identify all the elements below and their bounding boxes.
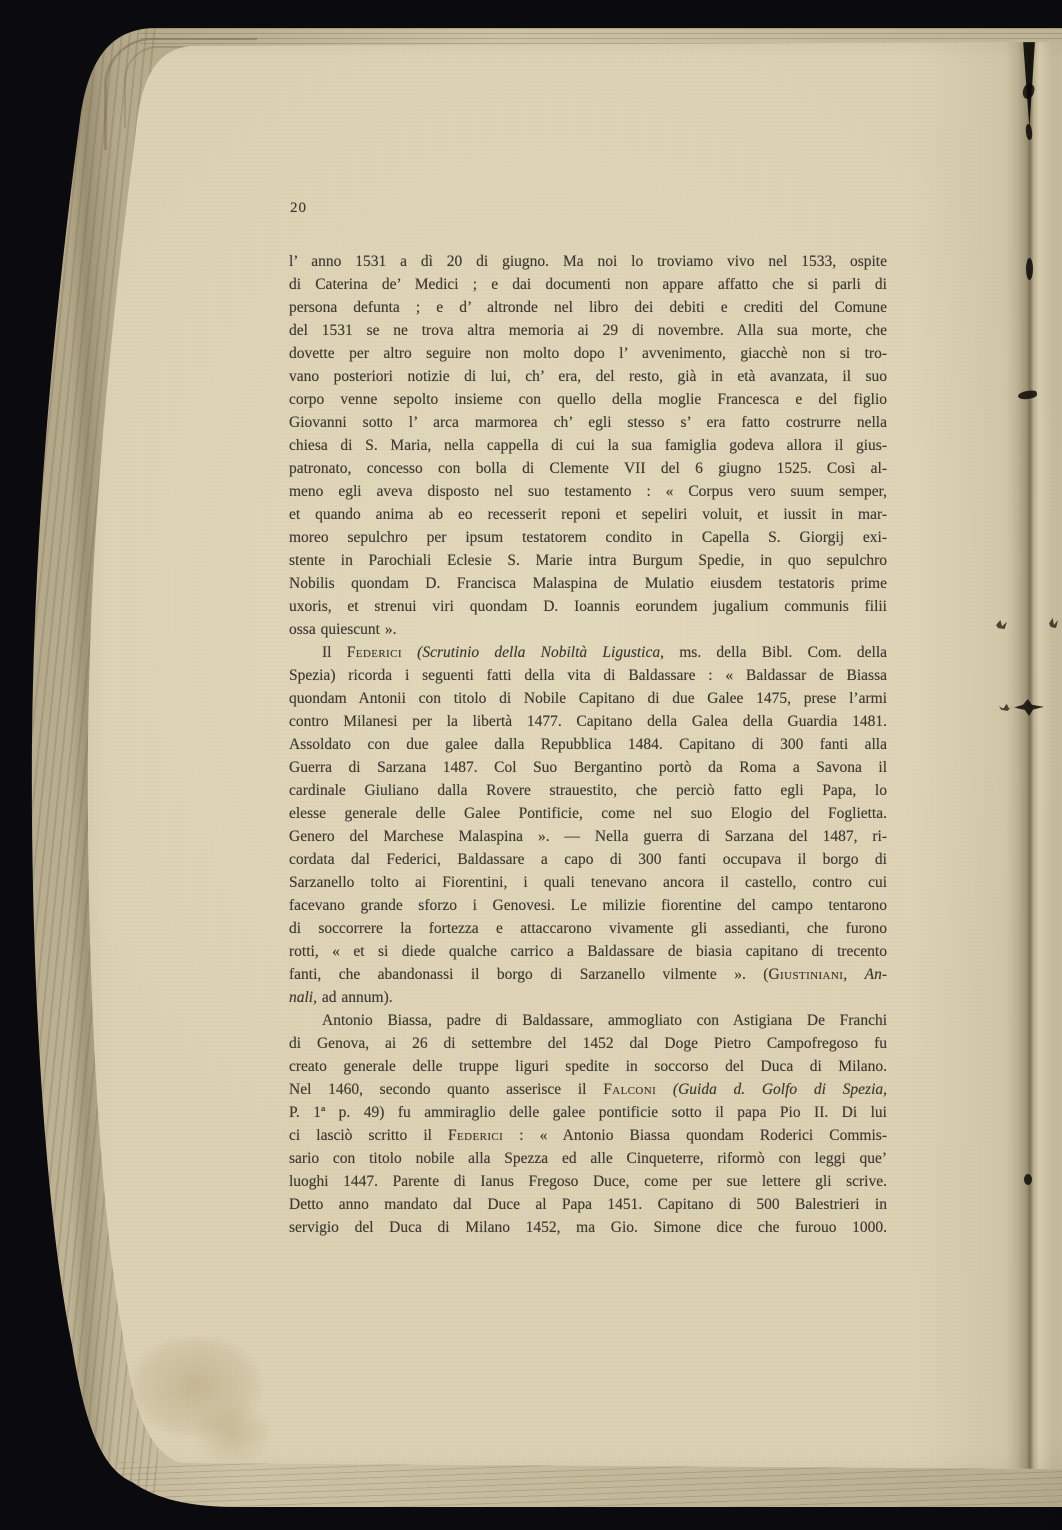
text-line: moreo sepulchro per ipsum testatorem con…: [289, 526, 887, 549]
text-line: uxoris, et strenui viri quondam D. Ioann…: [289, 595, 887, 618]
text-line: Spezia) ricorda i seguenti fatti della v…: [289, 664, 887, 687]
text-line: Sarzanello tolto ai Fiorentini, i quali …: [289, 871, 887, 894]
text-line: chiesa di S. Maria, nella cappella di cu…: [289, 434, 887, 457]
text-line: l’ anno 1531 a dì 20 di giugno. Ma noi l…: [289, 250, 887, 273]
text-line: ci lasciò scritto il Federici : « Antoni…: [289, 1124, 887, 1147]
text-line: sario con titolo nobile alla Spezza ed a…: [289, 1147, 887, 1170]
paragraph: Antonio Biassa, padre di Baldassare, amm…: [289, 1009, 887, 1239]
text-line: stente in Parochiali Eclesie S. Marie in…: [289, 549, 887, 572]
text-line: ossa quiescunt ».: [289, 618, 887, 641]
text-line: creato generale delle truppe liguri sped…: [289, 1055, 887, 1078]
text-line: contro Milanesi per la libertà 1477. Cap…: [289, 710, 887, 733]
text-line: luoghi 1447. Parente di Ianus Fregoso Du…: [289, 1170, 887, 1193]
text-line: Assoldato con due galee dalla Repubblica…: [289, 733, 887, 756]
text-line: quondam Antonii con titolo di Nobile Cap…: [289, 687, 887, 710]
text-line: elesse generale delle Galee Pontificie, …: [289, 802, 887, 825]
text-line: corpo venne sepolto insieme con quello d…: [289, 388, 887, 411]
book-page: 20 l’ anno 1531 a dì 20 di giugno. Ma no…: [0, 0, 1062, 1530]
stitching-hole: [1024, 1174, 1032, 1185]
text-block: l’ anno 1531 a dì 20 di giugno. Ma noi l…: [289, 250, 887, 1239]
photo-background: 20 l’ anno 1531 a dì 20 di giugno. Ma no…: [0, 0, 1062, 1530]
text-line: rotti, « et si diede qualche carrico a B…: [289, 940, 887, 963]
text-line: cordata dal Federici, Baldassare a capo …: [289, 848, 887, 871]
text-line: Giovanni sotto l’ arca marmorea ch’ egli…: [289, 411, 887, 434]
text-line: et quando anima ab eo recesserit reponi …: [289, 503, 887, 526]
text-line: fanti, che abandonassi il borgo di Sarza…: [289, 963, 887, 986]
page-number: 20: [290, 200, 307, 217]
text-line: Nobilis quondam D. Francisca Malaspina d…: [289, 572, 887, 595]
text-line: Antonio Biassa, padre di Baldassare, amm…: [289, 1009, 887, 1032]
text-line: P. 1ª p. 49) fu ammiraglio delle galee p…: [289, 1101, 887, 1124]
text-line: cardinale Giuliano dalla Rovere strauest…: [289, 779, 887, 802]
text-line: meno egli aveva disposto nel suo testame…: [289, 480, 887, 503]
text-line: nali, ad annum).: [289, 986, 887, 1009]
paragraph: l’ anno 1531 a dì 20 di giugno. Ma noi l…: [289, 250, 887, 641]
text-line: del 1531 se ne trova altra memoria ai 29…: [289, 319, 887, 342]
paragraph: Il Federici (Scrutinio della Nobiltà Lig…: [289, 641, 887, 1009]
text-line: Nel 1460, secondo quanto asserisce il Fa…: [289, 1078, 887, 1101]
text-line: Il Federici (Scrutinio della Nobiltà Lig…: [289, 641, 887, 664]
text-line: patronato, concesso con bolla di Clement…: [289, 457, 887, 480]
text-line: Guerra di Sarzana 1487. Col Suo Berganti…: [289, 756, 887, 779]
text-line: servigio del Duca di Milano 1452, ma Gio…: [289, 1216, 887, 1239]
text-line: di Genova, ai 26 di settembre del 1452 d…: [289, 1032, 887, 1055]
text-line: facevano grande sforzo i Genovesi. Le mi…: [289, 894, 887, 917]
text-line: di soccorrere la fortezza e attaccarono …: [289, 917, 887, 940]
stitching-hole: [1026, 258, 1033, 280]
gutter-crease: [1006, 0, 1052, 1530]
text-line: Genero del Marchese Malaspina ». — Nella…: [289, 825, 887, 848]
text-line: persona defunta ; e d’ altronde nel libr…: [289, 296, 887, 319]
bottom-edge-sheets: [118, 1462, 1062, 1508]
text-line: di Caterina de’ Medici ; e dai documenti…: [289, 273, 887, 296]
text-line: Detto anno mandato dal Duce al Papa 1451…: [289, 1193, 887, 1216]
text-line: dovette per altro seguire non molto dopo…: [289, 342, 887, 365]
text-line: vano posteriori notizie di lui, ch’ era,…: [289, 365, 887, 388]
